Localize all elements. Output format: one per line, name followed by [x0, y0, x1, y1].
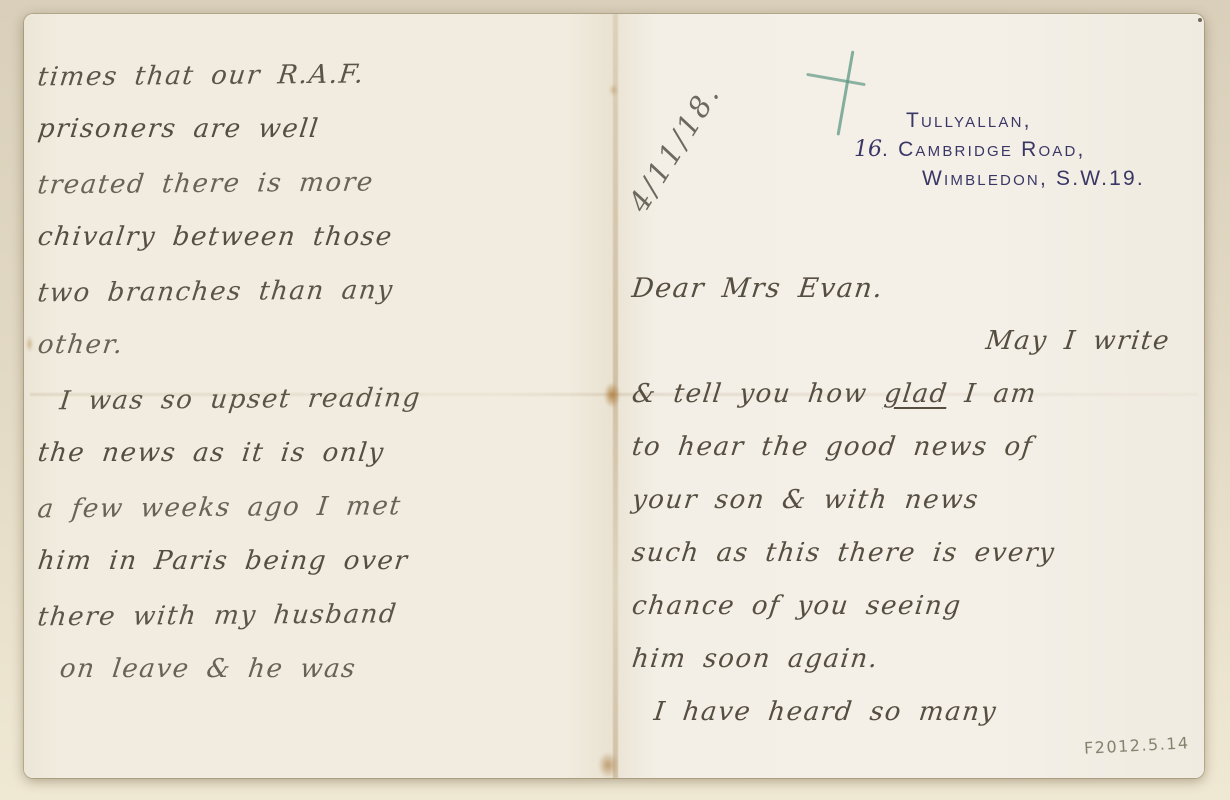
handwriting-line: there with my husband: [35, 586, 594, 645]
handwriting-line: your son & with news: [629, 474, 1202, 527]
letter-photograph: times that our R.A.F. prisoners are well…: [0, 0, 1230, 800]
handwriting-line: to hear the good news of: [629, 421, 1202, 474]
glad-line-post: I am: [946, 379, 1039, 409]
cross-vertical-stroke: [837, 50, 854, 135]
handwriting-line: chance of you seeing: [629, 580, 1202, 633]
handwriting-line: times that our R.A.F.: [35, 46, 594, 105]
handwriting-line: chivalry between those: [35, 210, 594, 264]
letterhead-house-name: Tullyallan,: [850, 106, 1196, 135]
handwriting-line: the news as it is only: [35, 426, 594, 480]
handwriting-line: I was so upset reading: [35, 370, 594, 429]
green-cross-mark-icon: [794, 34, 884, 144]
right-page-handwriting: Dear Mrs Evan. May I write & tell you ho…: [632, 262, 1198, 739]
handwriting-line: him in Paris being over: [35, 534, 594, 588]
handwriting-line: such as this there is every: [629, 527, 1202, 580]
handwriting-line: two branches than any: [35, 262, 594, 321]
cross-horizontal-stroke: [806, 73, 866, 86]
letterhead-city: Wimbledon, S.W.19.: [850, 164, 1196, 193]
handwriting-line: other.: [35, 318, 594, 372]
left-page-handwriting: times that our R.A.F. prisoners are well…: [38, 48, 590, 696]
foxing-stain: [609, 84, 618, 96]
handwriting-line: treated there is more: [35, 154, 594, 213]
handwriting-line-with-underline: & tell you how glad I am: [629, 368, 1202, 421]
letterhead-street: 16. Cambridge Road,: [850, 135, 1196, 164]
corner-speck: [1198, 18, 1202, 22]
glad-line-pre: & tell you how: [630, 379, 886, 409]
underlined-word: glad: [883, 379, 950, 409]
foxing-stain: [598, 752, 618, 778]
handwriting-line: a few weeks ago I met: [35, 478, 594, 537]
letter-sheet: times that our R.A.F. prisoners are well…: [24, 14, 1204, 778]
salutation-line: Dear Mrs Evan.: [629, 262, 1202, 315]
handwriting-line: I have heard so many: [629, 686, 1202, 739]
handwriting-line: him soon again.: [629, 633, 1202, 686]
handwriting-line: prisoners are well: [35, 102, 594, 156]
foxing-stain: [26, 336, 33, 352]
handwriting-line: on leave & he was: [35, 642, 594, 696]
handwriting-line: May I write: [629, 315, 1202, 368]
printed-letterhead: Tullyallan, 16. Cambridge Road, Wimbledo…: [850, 106, 1196, 193]
foxing-stain: [604, 382, 620, 408]
